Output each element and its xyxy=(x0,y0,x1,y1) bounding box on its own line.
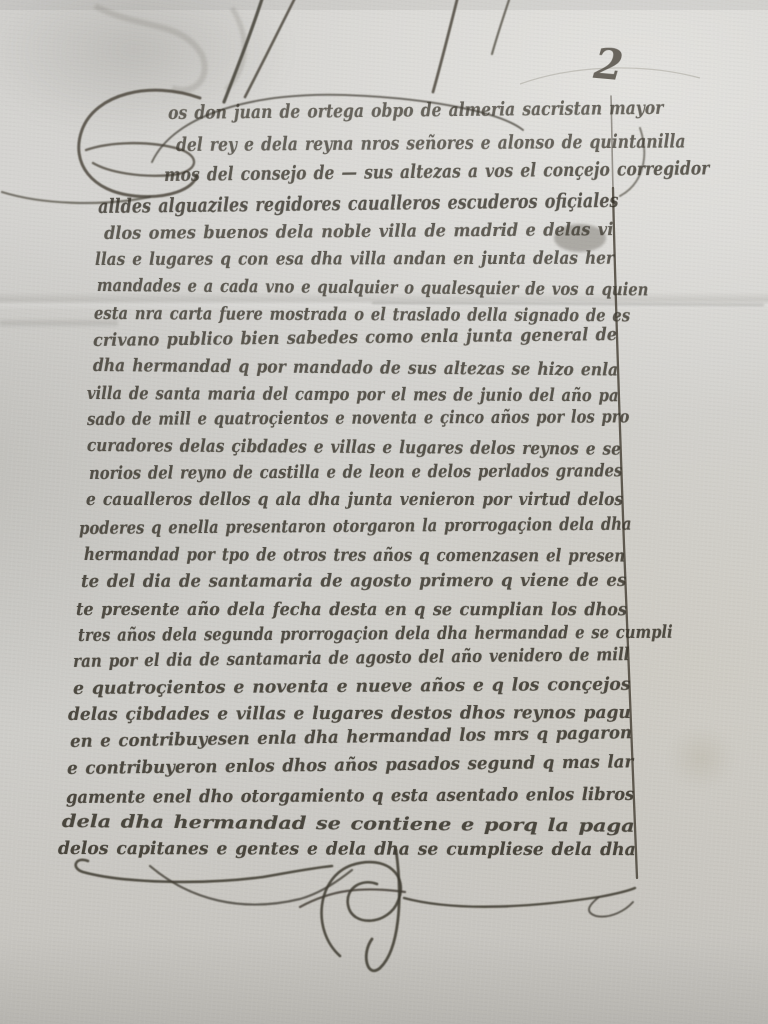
manuscript-line: alldes alguaziles regidores caualleros e… xyxy=(98,191,619,217)
manuscript-line: villa de santa maria del campo por el me… xyxy=(87,385,619,405)
manuscript-line: delas çibdades e villas e lugares destos… xyxy=(68,704,631,724)
manuscript-line: te del dia de santamaria de agosto prime… xyxy=(81,571,626,590)
manuscript-line: crivano publico bien sabedes como enla j… xyxy=(93,326,617,350)
manuscript-line: sado de mill e quatroçientos e noventa e… xyxy=(87,408,629,429)
manuscript-text-block: os don juan de ortega obpo de almeria sa… xyxy=(0,0,768,1024)
manuscript-line: hermandad por tpo de otros tres años q c… xyxy=(84,546,625,566)
manuscript-line: del rey e dela reyna nros señores e alon… xyxy=(176,132,686,155)
manuscript-line: mos del consejo de — sus altezas a vos e… xyxy=(164,159,710,185)
manuscript-line: dlos omes buenos dela noble villa de mad… xyxy=(104,221,613,243)
manuscript-line: e contribuyeron enlos dhos años pasados … xyxy=(67,753,633,778)
manuscript-line: curadores delas çibdades e villas e luga… xyxy=(87,437,621,459)
manuscript-line: te presente año dela fecha desta en q se… xyxy=(76,601,627,619)
manuscript-line: esta nra carta fuere mostrada o el trasl… xyxy=(94,305,630,325)
manuscript-line: e quatroçientos e noventa e nueve años e… xyxy=(73,675,631,697)
manuscript-line: dela dha hermandad se contiene e porq la… xyxy=(62,813,635,836)
manuscript-line: dha hermandad q por mandado de sus altez… xyxy=(93,357,618,380)
manuscript-line: e caualleros dellos q ala dha junta veni… xyxy=(86,491,623,509)
manuscript-line: en e contribuyesen enla dha hermandad lo… xyxy=(70,724,632,751)
manuscript-line: gamente enel dho otorgamiento q esta ase… xyxy=(66,786,634,807)
manuscript-line: tres años dela segunda prorrogaçion dela… xyxy=(78,623,673,644)
manuscript-line: poderes q enella presentaron otorgaron l… xyxy=(79,516,632,538)
manuscript-line: llas e lugares q con esa dha villa andan… xyxy=(95,249,614,268)
manuscript-line: ran por el dia de santamaria de agosto d… xyxy=(73,646,630,671)
manuscript-photo: 2 os don juan de ortega obpo de almeria … xyxy=(0,0,768,1024)
manuscript-line: mandades e a cada vno e qualquier o qual… xyxy=(97,277,649,299)
manuscript-line: delos capitanes e gentes e dela dha se c… xyxy=(58,840,636,859)
manuscript-line: os don juan de ortega obpo de almeria sa… xyxy=(168,99,664,123)
manuscript-line: norios del reyno de castilla e de leon e… xyxy=(89,462,622,483)
